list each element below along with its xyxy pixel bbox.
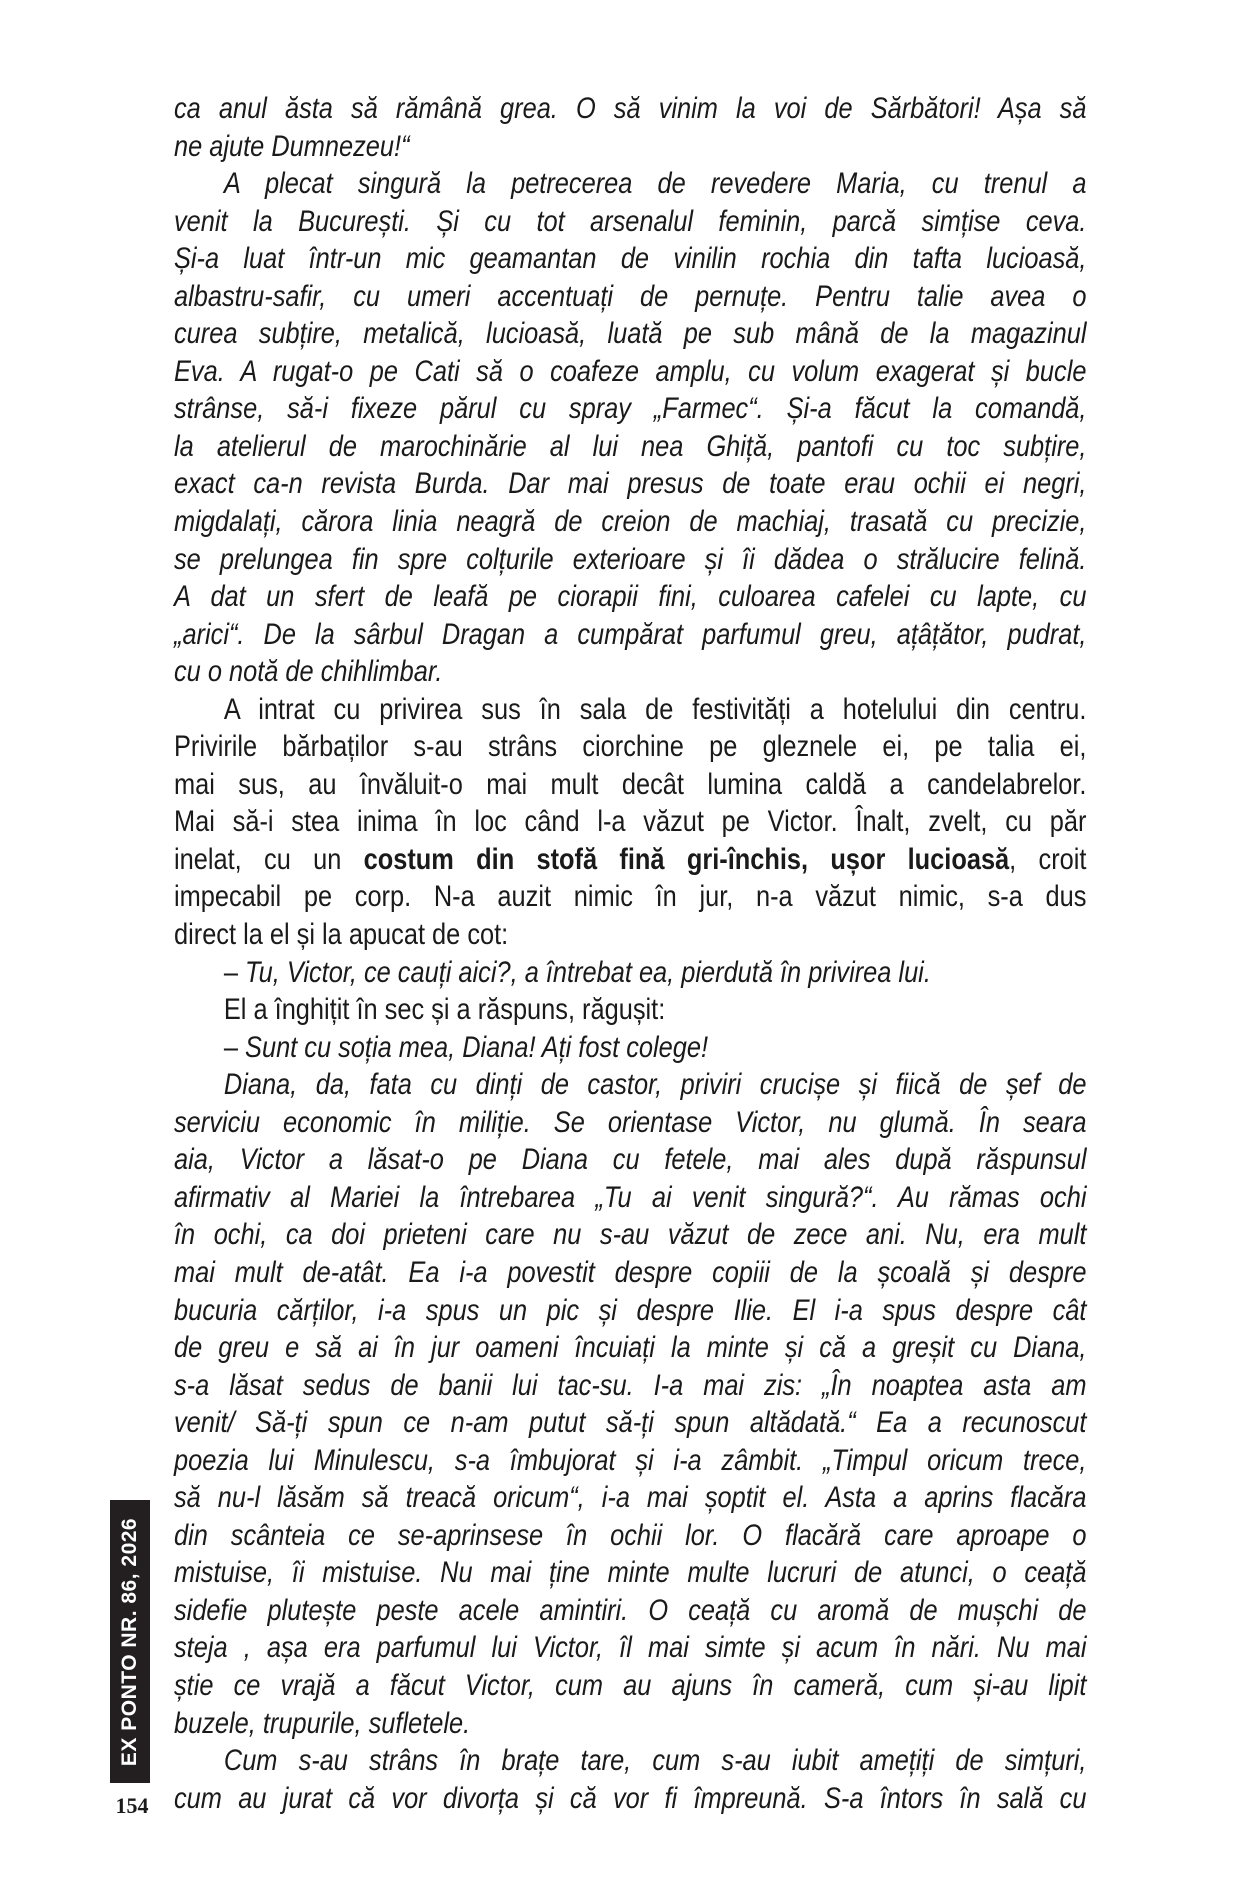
- text-line: strânse, să-i fixeze părul cu spray „Far…: [174, 390, 1086, 428]
- text-line: migdalați, cărora linia neagră de creion…: [174, 503, 1086, 541]
- text-line: Eva. A rugat-o pe Cati să o coafeze ampl…: [174, 353, 1086, 391]
- text-line: mai mult de-atât. Ea i-a povestit despre…: [174, 1254, 1086, 1292]
- text-line: exact ca-n revista Burda. Dar mai presus…: [174, 465, 1086, 503]
- text-line: steja , așa era parfumul lui Victor, îl …: [174, 1629, 1086, 1667]
- text-line: în ochi, ca doi prieteni care nu s-au vă…: [174, 1216, 1086, 1254]
- text-line: Mai să-i stea inima în loc când l-a văzu…: [174, 803, 1086, 841]
- text-segment: , croit: [1009, 843, 1086, 876]
- dialogue-text: Sunt cu soția mea, Diana! Ați fost coleg…: [245, 1031, 708, 1064]
- text-line: Privirile bărbaților s-au strâns ciorchi…: [174, 728, 1086, 766]
- text-line: venit/ Să-ți spun ce n-am putut să-ți sp…: [174, 1404, 1086, 1442]
- text-line: mai sus, au învăluit-o mai mult decât lu…: [174, 766, 1086, 804]
- bold-phrase: costum din stofă fină gri-închis, ușor l…: [364, 843, 1010, 876]
- text-line: la atelierul de marochinărie al lui nea …: [174, 428, 1086, 466]
- text-line: poezia lui Minulescu, s-a îmbujorat și i…: [174, 1442, 1086, 1480]
- text-line: Cum s-au strâns în brațe tare, cum s-au …: [174, 1742, 1086, 1780]
- text-line: de greu e să ai în jur oameni încuiați l…: [174, 1329, 1086, 1367]
- text-line: El a înghițit în sec și a răspuns, răguș…: [174, 991, 1086, 1029]
- text-line: „arici“. De la sârbul Dragan a cumpărat …: [174, 616, 1086, 654]
- text-line: inelat, cu un costum din stofă fină gri-…: [174, 841, 1086, 879]
- dialogue-dash: –: [224, 956, 245, 989]
- text-line: direct la el și la apucat de cot:: [174, 916, 1086, 954]
- text-line: s-a lăsat sedus de banii lui tac-su. I-a…: [174, 1367, 1086, 1405]
- text-line: A intrat cu privirea sus în sala de fest…: [174, 691, 1086, 729]
- text-line: din scânteia ce se-aprinsese în ochii lo…: [174, 1517, 1086, 1555]
- text-line: mistuise, îi mistuise. Nu mai ține minte…: [174, 1554, 1086, 1592]
- text-line: curea subțire, metalică, lucioasă, luată…: [174, 315, 1086, 353]
- text-line: venit la București. Și cu tot arsenalul …: [174, 203, 1086, 241]
- text-line: sidefie plutește peste acele amintiri. O…: [174, 1592, 1086, 1630]
- text-line: cu o notă de chihlimbar.: [174, 653, 1086, 691]
- text-line: A plecat singură la petrecerea de revede…: [174, 165, 1086, 203]
- article-body: ca anul ăsta să rămână grea. O să vinim …: [174, 90, 1086, 1817]
- text-line: buzele, trupurile, sufletele.: [174, 1705, 1086, 1743]
- text-line: A dat un sfert de leafă pe ciorapii fini…: [174, 578, 1086, 616]
- text-line: să nu-l lăsăm să treacă oricum“, i-a mai…: [174, 1479, 1086, 1517]
- journal-issue-banner: EX PONTO NR. 86, 2026: [110, 1500, 150, 1783]
- text-line: bucuria cărților, i-a spus un pic și des…: [174, 1292, 1086, 1330]
- text-line: afirmativ al Mariei la întrebarea „Tu ai…: [174, 1179, 1086, 1217]
- text-line: – Tu, Victor, ce cauți aici?, a întrebat…: [174, 954, 1086, 992]
- text-line: aia, Victor a lăsat-o pe Diana cu fetele…: [174, 1141, 1086, 1179]
- dialogue-dash: –: [224, 1031, 245, 1064]
- text-line: – Sunt cu soția mea, Diana! Ați fost col…: [174, 1029, 1086, 1067]
- page-number: 154: [112, 1793, 152, 1819]
- text-line: ca anul ăsta să rămână grea. O să vinim …: [174, 90, 1086, 128]
- text-line: știe ce vrajă a făcut Victor, cum au aju…: [174, 1667, 1086, 1705]
- text-line: se prelungea fin spre colțurile exterioa…: [174, 541, 1086, 579]
- dialogue-text: Tu, Victor, ce cauți aici?, a întrebat e…: [245, 956, 931, 989]
- text-line: cum au jurat că vor divorța și că vor fi…: [174, 1780, 1086, 1818]
- text-line: Și-a luat într-un mic geamantan de vinil…: [174, 240, 1086, 278]
- text-line: ne ajute Dumnezeu!“: [174, 128, 1086, 166]
- text-segment: inelat, cu un: [174, 843, 364, 876]
- text-line: Diana, da, fata cu dinți de castor, priv…: [174, 1066, 1086, 1104]
- journal-issue-label: EX PONTO NR. 86, 2026: [118, 1517, 142, 1765]
- text-line: serviciu economic în miliție. Se orienta…: [174, 1104, 1086, 1142]
- text-line: albastru-safir, cu umeri accentuați de p…: [174, 278, 1086, 316]
- text-line: impecabil pe corp. N-a auzit nimic în ju…: [174, 878, 1086, 916]
